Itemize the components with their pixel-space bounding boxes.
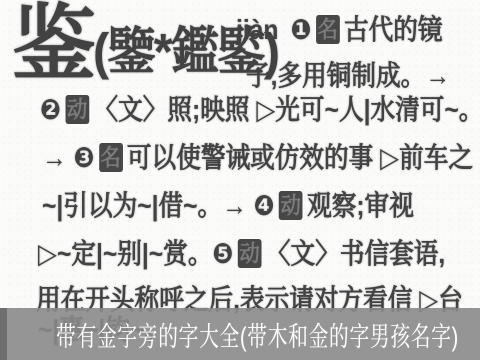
pos-marker-box: 名 — [99, 143, 123, 172]
text-segment: 子,多用铜制成。→ — [246, 60, 450, 91]
pos-marker-box: 动 — [65, 95, 89, 124]
text-segment: 古代的镜 — [344, 14, 443, 45]
headword: 鉴 — [12, 0, 96, 88]
caption-title: 带有金字旁的字大全(带木和金的字男孩名字) — [56, 315, 459, 354]
pos-marker-box: 动 — [238, 239, 262, 268]
entry-line-pinyin-sense1: jiàn ❶名古代的镜 — [236, 12, 443, 47]
text-segment: 观察;审视 — [307, 190, 414, 221]
pos-marker-box: 动 — [279, 191, 303, 220]
text-segment: ▷~定|~别|~赏。❺ — [38, 238, 233, 269]
text-segment: 〈文〉书信套语, — [266, 238, 445, 269]
dictionary-page: 鉴 (鑒*鑑鍳) jiàn ❶名古代的镜 子,多用铜制成。→ ❷动〈文〉照;映照… — [0, 0, 480, 360]
text-segment: ❶ — [284, 14, 312, 45]
text-segment: → ❸ — [42, 142, 94, 173]
entry-line-sense1-cont: 子,多用铜制成。→ — [246, 58, 450, 93]
caption-bar-left-edge — [0, 308, 7, 360]
pos-marker-box: 名 — [316, 15, 340, 44]
text-segment: 可以使警诫或仿效的事 ▷前车之 — [127, 142, 473, 173]
pinyin: jiàn — [236, 14, 284, 45]
text-segment: ❷ — [40, 94, 61, 125]
entry-line-sense3: → ❸名可以使警诫或仿效的事 ▷前车之 — [42, 140, 473, 175]
caption-bar: 带有金字旁的字大全(带木和金的字男孩名字) — [0, 308, 480, 360]
entry-line-sense2: ❷动〈文〉照;映照 ▷光可~人|水清可~。 — [40, 92, 480, 127]
text-segment: ~|引以为~|借~。→ ❹ — [42, 190, 275, 221]
entry-line-sense3-cont-sense4: ~|引以为~|借~。→ ❹动观察;审视 — [42, 188, 414, 223]
text-segment: 〈文〉照;映照 ▷光可~人|水清可~。 — [93, 94, 480, 125]
entry-line-sense4-cont-sense5: ▷~定|~别|~赏。❺动〈文〉书信套语, — [38, 236, 445, 271]
